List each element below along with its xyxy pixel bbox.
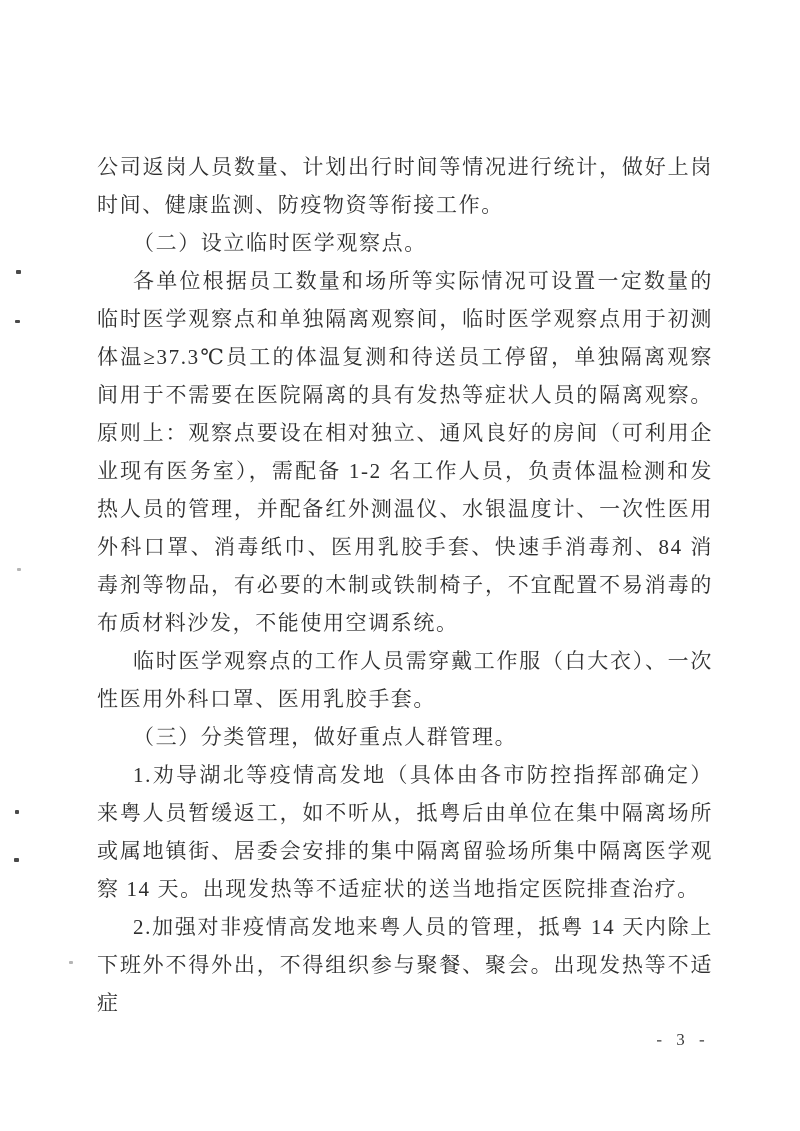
- page-number: - 3 -: [648, 1030, 718, 1050]
- paragraph-item-1: 1.劝导湖北等疫情高发地（具体由各市防控指挥部确定）来粤人员暂缓返工，如不听从，…: [97, 756, 713, 908]
- scan-speck: [15, 810, 19, 814]
- paragraph-item-2: 2.加强对非疫情高发地来粤人员的管理，抵粤 14 天内除上下班外不得外出，不得组…: [97, 908, 713, 1022]
- scan-speck: [15, 320, 20, 323]
- section-heading-2: （二）设立临时医学观察点。: [97, 224, 713, 262]
- paragraph-observation-point: 各单位根据员工数量和场所等实际情况可设置一定数量的临时医学观察点和单独隔离观察间…: [97, 262, 713, 642]
- paragraph-continuation: 公司返岗人员数量、计划出行时间等情况进行统计，做好上岗时间、健康监测、防疫物资等…: [97, 148, 713, 224]
- scan-speck: [14, 858, 19, 862]
- scan-speck: [17, 568, 21, 571]
- scan-speck: [16, 270, 21, 274]
- document-body: 公司返岗人员数量、计划出行时间等情况进行统计，做好上岗时间、健康监测、防疫物资等…: [97, 148, 713, 1022]
- scanned-document-page: 公司返岗人员数量、计划出行时间等情况进行统计，做好上岗时间、健康监测、防疫物资等…: [0, 0, 800, 1131]
- section-heading-3: （三）分类管理，做好重点人群管理。: [97, 718, 713, 756]
- scan-speck: [69, 961, 73, 964]
- paragraph-staff-protection: 临时医学观察点的工作人员需穿戴工作服（白大衣）、一次性医用外科口罩、医用乳胶手套…: [97, 642, 713, 718]
